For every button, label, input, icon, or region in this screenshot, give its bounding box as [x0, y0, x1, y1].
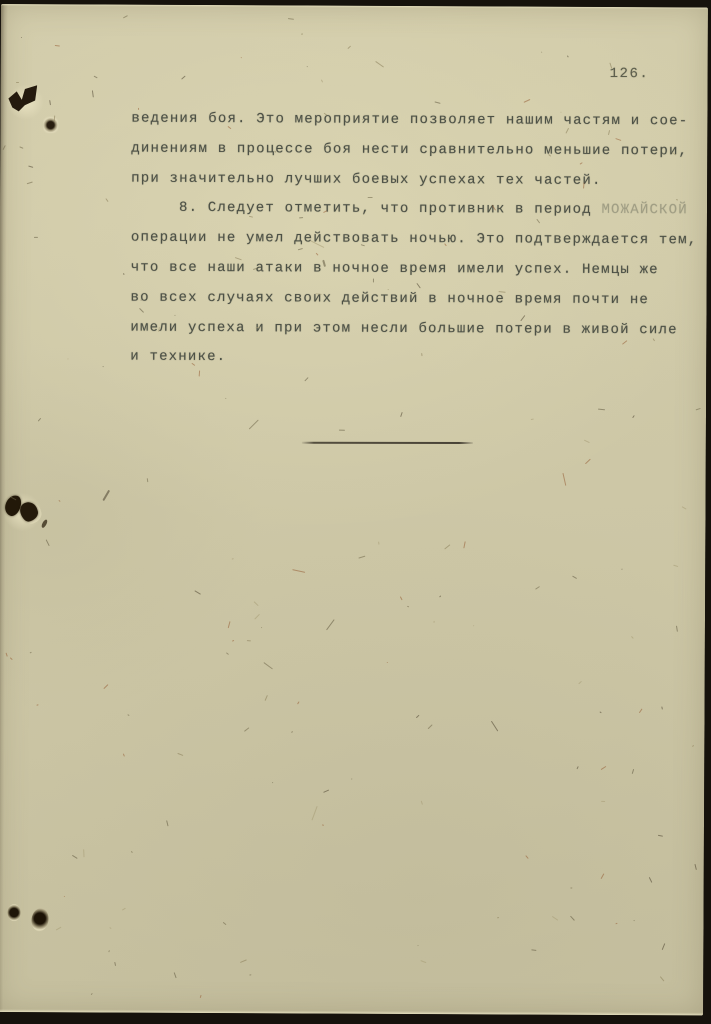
paper-fiber — [416, 714, 420, 718]
paper-sheet: 126. ведения боя. Это мероприятие позвол… — [0, 4, 708, 1015]
paper-fiber — [601, 801, 605, 803]
paper-fiber — [226, 653, 229, 656]
paper-fiber — [523, 99, 530, 103]
paper-fiber — [166, 820, 169, 827]
paper-fiber — [55, 45, 60, 47]
paper-fiber — [600, 712, 603, 714]
paper-fiber — [573, 576, 578, 579]
paper-fiber — [223, 922, 227, 926]
paper-fiber — [601, 767, 607, 771]
paper-fiber — [254, 614, 259, 619]
paper-fiber — [586, 458, 591, 463]
paper-fiber — [658, 835, 663, 837]
paper-fiber — [692, 745, 694, 747]
paper-fiber — [272, 782, 273, 783]
paper-fiber — [93, 76, 97, 79]
paper-fiber — [386, 662, 387, 663]
paper-fiber — [600, 874, 603, 879]
paper-fiber — [20, 37, 22, 39]
paper-fiber — [250, 974, 252, 975]
paper-fiber — [194, 590, 201, 594]
paper-fiber — [103, 685, 108, 690]
paper-fiber — [30, 652, 32, 654]
paper-fiber — [304, 377, 308, 381]
document-line: 8. Следует отметить, что противник в пер… — [131, 194, 708, 227]
paper-fiber — [228, 621, 231, 628]
paper-fiber — [694, 863, 696, 869]
paper-fiber — [16, 82, 19, 83]
punch-hole — [43, 116, 58, 133]
paper-fiber — [473, 625, 474, 627]
paper-fiber — [633, 415, 636, 418]
paper-fiber — [244, 727, 250, 732]
paper-fiber — [102, 366, 103, 367]
document-line: динениям в процессе боя нести сравнитель… — [131, 134, 708, 167]
paper-fiber — [123, 754, 125, 757]
paper-fiber — [577, 766, 579, 769]
paper-fiber — [11, 497, 17, 501]
paper-fiber — [114, 962, 115, 966]
paper-fiber — [375, 61, 384, 67]
paper-fiber — [434, 621, 436, 623]
torn-hole — [3, 494, 23, 518]
paper-fiber — [122, 907, 126, 910]
paper-fiber — [567, 55, 569, 57]
paper-fiber — [322, 824, 324, 826]
paper-fiber — [598, 408, 605, 409]
paper-fiber — [681, 506, 686, 509]
paper-fiber — [347, 45, 351, 49]
paper-fiber — [696, 408, 701, 411]
paper-fiber — [83, 850, 85, 858]
paper-fiber — [92, 90, 94, 97]
paper-fiber — [39, 418, 42, 421]
paper-fiber — [540, 51, 542, 53]
paper-fiber — [631, 769, 634, 774]
paper-fiber — [50, 100, 52, 105]
paper-fiber — [421, 800, 423, 804]
paper-fiber — [535, 586, 540, 589]
paper-fiber — [178, 752, 184, 755]
paper-fiber — [174, 973, 177, 979]
paper-fiber — [34, 237, 38, 238]
paper-fiber — [659, 976, 663, 981]
paper-fiber — [123, 273, 125, 275]
paper-fiber — [128, 714, 130, 715]
paper-fiber — [287, 18, 293, 20]
paper-fiber — [648, 877, 651, 882]
paper-fiber — [622, 569, 623, 570]
paper-fiber — [297, 701, 300, 704]
document-line: и технике. — [130, 343, 708, 376]
paper-fiber — [312, 806, 318, 820]
line-text: 8. Следует отметить, что противник в пер… — [179, 200, 602, 218]
paper-fiber — [673, 565, 678, 567]
paper-fiber — [246, 640, 250, 641]
paper-fiber — [326, 619, 334, 630]
paper-fiber — [531, 949, 536, 950]
paper-fiber — [91, 993, 93, 995]
paper-fiber — [46, 539, 50, 545]
paper-fiber — [261, 627, 262, 629]
paper-fiber — [661, 706, 663, 709]
paper-fiber — [571, 888, 573, 889]
paper-fiber — [265, 695, 268, 700]
paper-fiber — [27, 181, 33, 184]
paper-fiber — [498, 917, 500, 918]
paper-fiber — [434, 102, 440, 104]
paper-fiber — [67, 358, 69, 360]
paper-fiber — [400, 412, 402, 417]
faded-word: МОЖАЙСКОЙ — [601, 202, 687, 218]
paper-fiber — [248, 420, 258, 430]
paper-fiber — [525, 856, 529, 860]
paper-fiber — [37, 704, 39, 706]
paper-fiber — [181, 75, 186, 79]
paper-fiber — [407, 606, 409, 608]
paper-fiber — [254, 601, 259, 606]
paper-fiber — [263, 662, 272, 669]
document-line: операции не умел действовать ночью. Это … — [131, 224, 708, 257]
paper-fiber — [351, 778, 352, 779]
paper-fiber — [417, 945, 418, 946]
paper-fiber — [231, 558, 234, 560]
paper-fiber — [54, 116, 55, 122]
paper-fiber — [72, 855, 77, 859]
document-line: ведения боя. Это мероприятие позволяет н… — [131, 105, 708, 138]
paper-fiber — [676, 626, 678, 632]
document-line: имели успеха и при этом несли большие по… — [130, 313, 708, 346]
paper-fiber — [19, 146, 23, 149]
torn-hole — [18, 500, 40, 523]
paper-top-edge — [1, 4, 708, 9]
paper-fiber — [633, 920, 635, 922]
paper-fiber — [103, 490, 110, 501]
paper-fiber — [400, 597, 403, 601]
paper-fiber — [443, 544, 450, 550]
scanned-document: 126. ведения боя. Это мероприятие позвол… — [0, 0, 711, 1024]
paper-fiber — [147, 478, 148, 482]
paper-fiber — [110, 927, 112, 929]
paper-fiber — [58, 500, 60, 502]
paper-fiber — [570, 915, 575, 920]
section-separator-line — [302, 442, 473, 444]
paper-fiber — [323, 789, 329, 792]
tear-halo — [2, 80, 48, 124]
paper-fiber — [64, 896, 65, 897]
punch-hole — [30, 907, 50, 932]
paper-fiber — [439, 595, 441, 597]
paper-fiber — [428, 724, 433, 729]
paper-fiber — [300, 34, 302, 35]
paper-fiber — [584, 439, 590, 442]
paper-fiber — [339, 429, 345, 430]
paper-fiber — [616, 923, 618, 925]
paper-fiber — [199, 995, 201, 998]
page-number: 126. — [610, 66, 650, 82]
paper-fiber — [464, 541, 466, 548]
document-line: что все наши атаки в ночное время имели … — [131, 254, 708, 287]
paper-fiber — [578, 680, 582, 684]
paper-fiber — [632, 636, 635, 639]
paper-fiber — [2, 145, 6, 150]
ink-speck — [41, 519, 49, 529]
document-line: во всех случаях своих действий в ночное … — [130, 283, 708, 316]
paper-fiber — [662, 943, 665, 949]
paper-fiber — [639, 709, 642, 713]
document-line: при значительно лучших боевых успехах те… — [131, 164, 708, 197]
paper-fiber — [105, 198, 108, 202]
paper-fiber — [531, 418, 534, 420]
punch-hole — [8, 904, 21, 921]
paper-fiber — [224, 398, 226, 400]
paper-fiber — [231, 639, 233, 641]
paper-fiber — [552, 916, 558, 921]
paper-fiber — [291, 731, 292, 733]
paper-fiber — [420, 960, 426, 963]
paper-fiber — [6, 652, 8, 656]
paper-fiber — [240, 57, 241, 58]
paper-fiber — [131, 851, 133, 853]
paper-fiber — [307, 66, 308, 67]
paper-fiber — [10, 657, 13, 659]
document-text: ведения боя. Это мероприятие позволяет н… — [130, 105, 708, 376]
paper-fiber — [563, 473, 567, 486]
paper-fiber — [28, 165, 33, 168]
paper-fiber — [378, 541, 379, 544]
paper-fiber — [108, 950, 109, 952]
torn-hole — [7, 85, 39, 114]
paper-fiber — [321, 80, 323, 83]
paper-fiber — [359, 556, 366, 559]
tear-halo — [0, 488, 47, 536]
paper-fiber — [56, 927, 62, 931]
paper-fiber — [123, 15, 128, 18]
paper-fiber — [240, 959, 247, 963]
paper-fiber — [491, 721, 499, 732]
paper-fiber — [292, 569, 305, 573]
